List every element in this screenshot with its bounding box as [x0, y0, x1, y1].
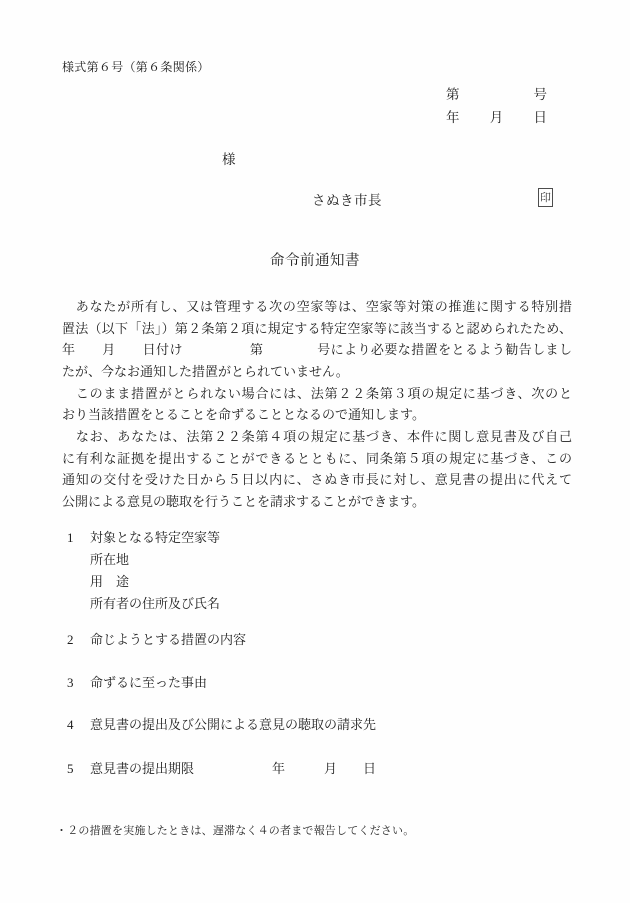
body-line: なお、あなたは、法第２２条第４項の規定に基づき、本件に関し意見書及び自己 [62, 426, 572, 448]
date-month-label: 月 [490, 111, 504, 125]
list-item-row: 2 命じようとする措置の内容 [62, 629, 572, 651]
list-item-row: 5 意見書の提出期限 年 月 日 [62, 758, 572, 780]
body-line: おり当該措置をとることを命ずることとなるので通知します。 [62, 404, 572, 426]
item-number: 3 [62, 672, 90, 694]
addressee-suffix: 様 [222, 153, 236, 167]
body-text: あなたが所有し、又は管理する次の空家等は、空家等対策の推進に関する特別措 置法（… [62, 296, 572, 513]
seal-stamp-box: 印 [538, 188, 553, 207]
list-item-row: 1 対象となる特定空家等 [62, 527, 572, 549]
list-item-1: 1 対象となる特定空家等 所在地 用 途 所有者の住所及び氏名 [62, 527, 572, 615]
doc-number-row: 第 号 [446, 88, 547, 102]
document-title: 命令前通知書 [0, 254, 630, 269]
list-item-4: 4 意見書の提出及び公開による意見の聴取の請求先 [62, 714, 572, 736]
document-page: 様式第６号（第６条関係） 第 号 年 月 日 様 さぬき市長 印 命令前通知書 … [0, 0, 630, 903]
item-label: 命じようとする措置の内容 [90, 629, 246, 651]
list-item-3: 3 命ずるに至った事由 [62, 672, 572, 694]
list-subline-usage: 用 途 [90, 571, 572, 593]
list-item-2: 2 命じようとする措置の内容 [62, 629, 572, 651]
body-line: に有利な証拠を提出することができるとともに、同条第５項の規定に基づき、この [62, 448, 572, 470]
footer-note: ・２の措置を実施したときは、遅滞なく４の者まで報告してください。 [56, 826, 414, 837]
body-line: このまま措置がとられない場合には、法第２２条第３項の規定に基づき、次のと [62, 383, 572, 405]
item-number: 4 [62, 714, 90, 736]
list-item-row: 3 命ずるに至った事由 [62, 672, 572, 694]
item-label: 対象となる特定空家等 [90, 527, 220, 549]
list-item-row: 4 意見書の提出及び公開による意見の聴取の請求先 [62, 714, 572, 736]
body-line: 公開による意見の聴取を行うことを請求することができます。 [62, 491, 572, 513]
body-line: 置法（以下「法」）第２条第２項に規定する特定空家等に該当すると認められたため、 [62, 318, 572, 340]
item-number: 5 [62, 758, 90, 780]
body-line: 年 月 日付け 第 号により必要な措置をとるよう勧告しまし [62, 339, 572, 361]
sender-name: さぬき市長 [312, 194, 382, 208]
list-item-5: 5 意見書の提出期限 年 月 日 [62, 758, 572, 780]
body-line: 通知の交付を受けた日から５日以内に、さぬき市長に対し、意見書の提出に代えて [62, 469, 572, 491]
form-number: 様式第６号（第６条関係） [62, 61, 210, 73]
body-line: あなたが所有し、又は管理する次の空家等は、空家等対策の推進に関する特別措 [62, 296, 572, 318]
list-subline-owner: 所有者の住所及び氏名 [90, 593, 572, 615]
item-number: 2 [62, 629, 90, 651]
body-line: たが、今なお通知した措置がとられていません。 [62, 361, 572, 383]
doc-number-prefix: 第 [446, 88, 460, 102]
doc-number-suffix: 号 [534, 88, 548, 102]
date-year-label: 年 [446, 111, 460, 125]
item-number: 1 [62, 527, 90, 549]
date-day-label: 日 [534, 111, 548, 125]
date-row: 年 月 日 [446, 111, 547, 125]
list-subline-location: 所在地 [90, 549, 572, 571]
item-label: 意見書の提出期限 年 月 日 [90, 758, 376, 780]
item-label: 意見書の提出及び公開による意見の聴取の請求先 [90, 714, 376, 736]
item-label: 命ずるに至った事由 [90, 672, 207, 694]
